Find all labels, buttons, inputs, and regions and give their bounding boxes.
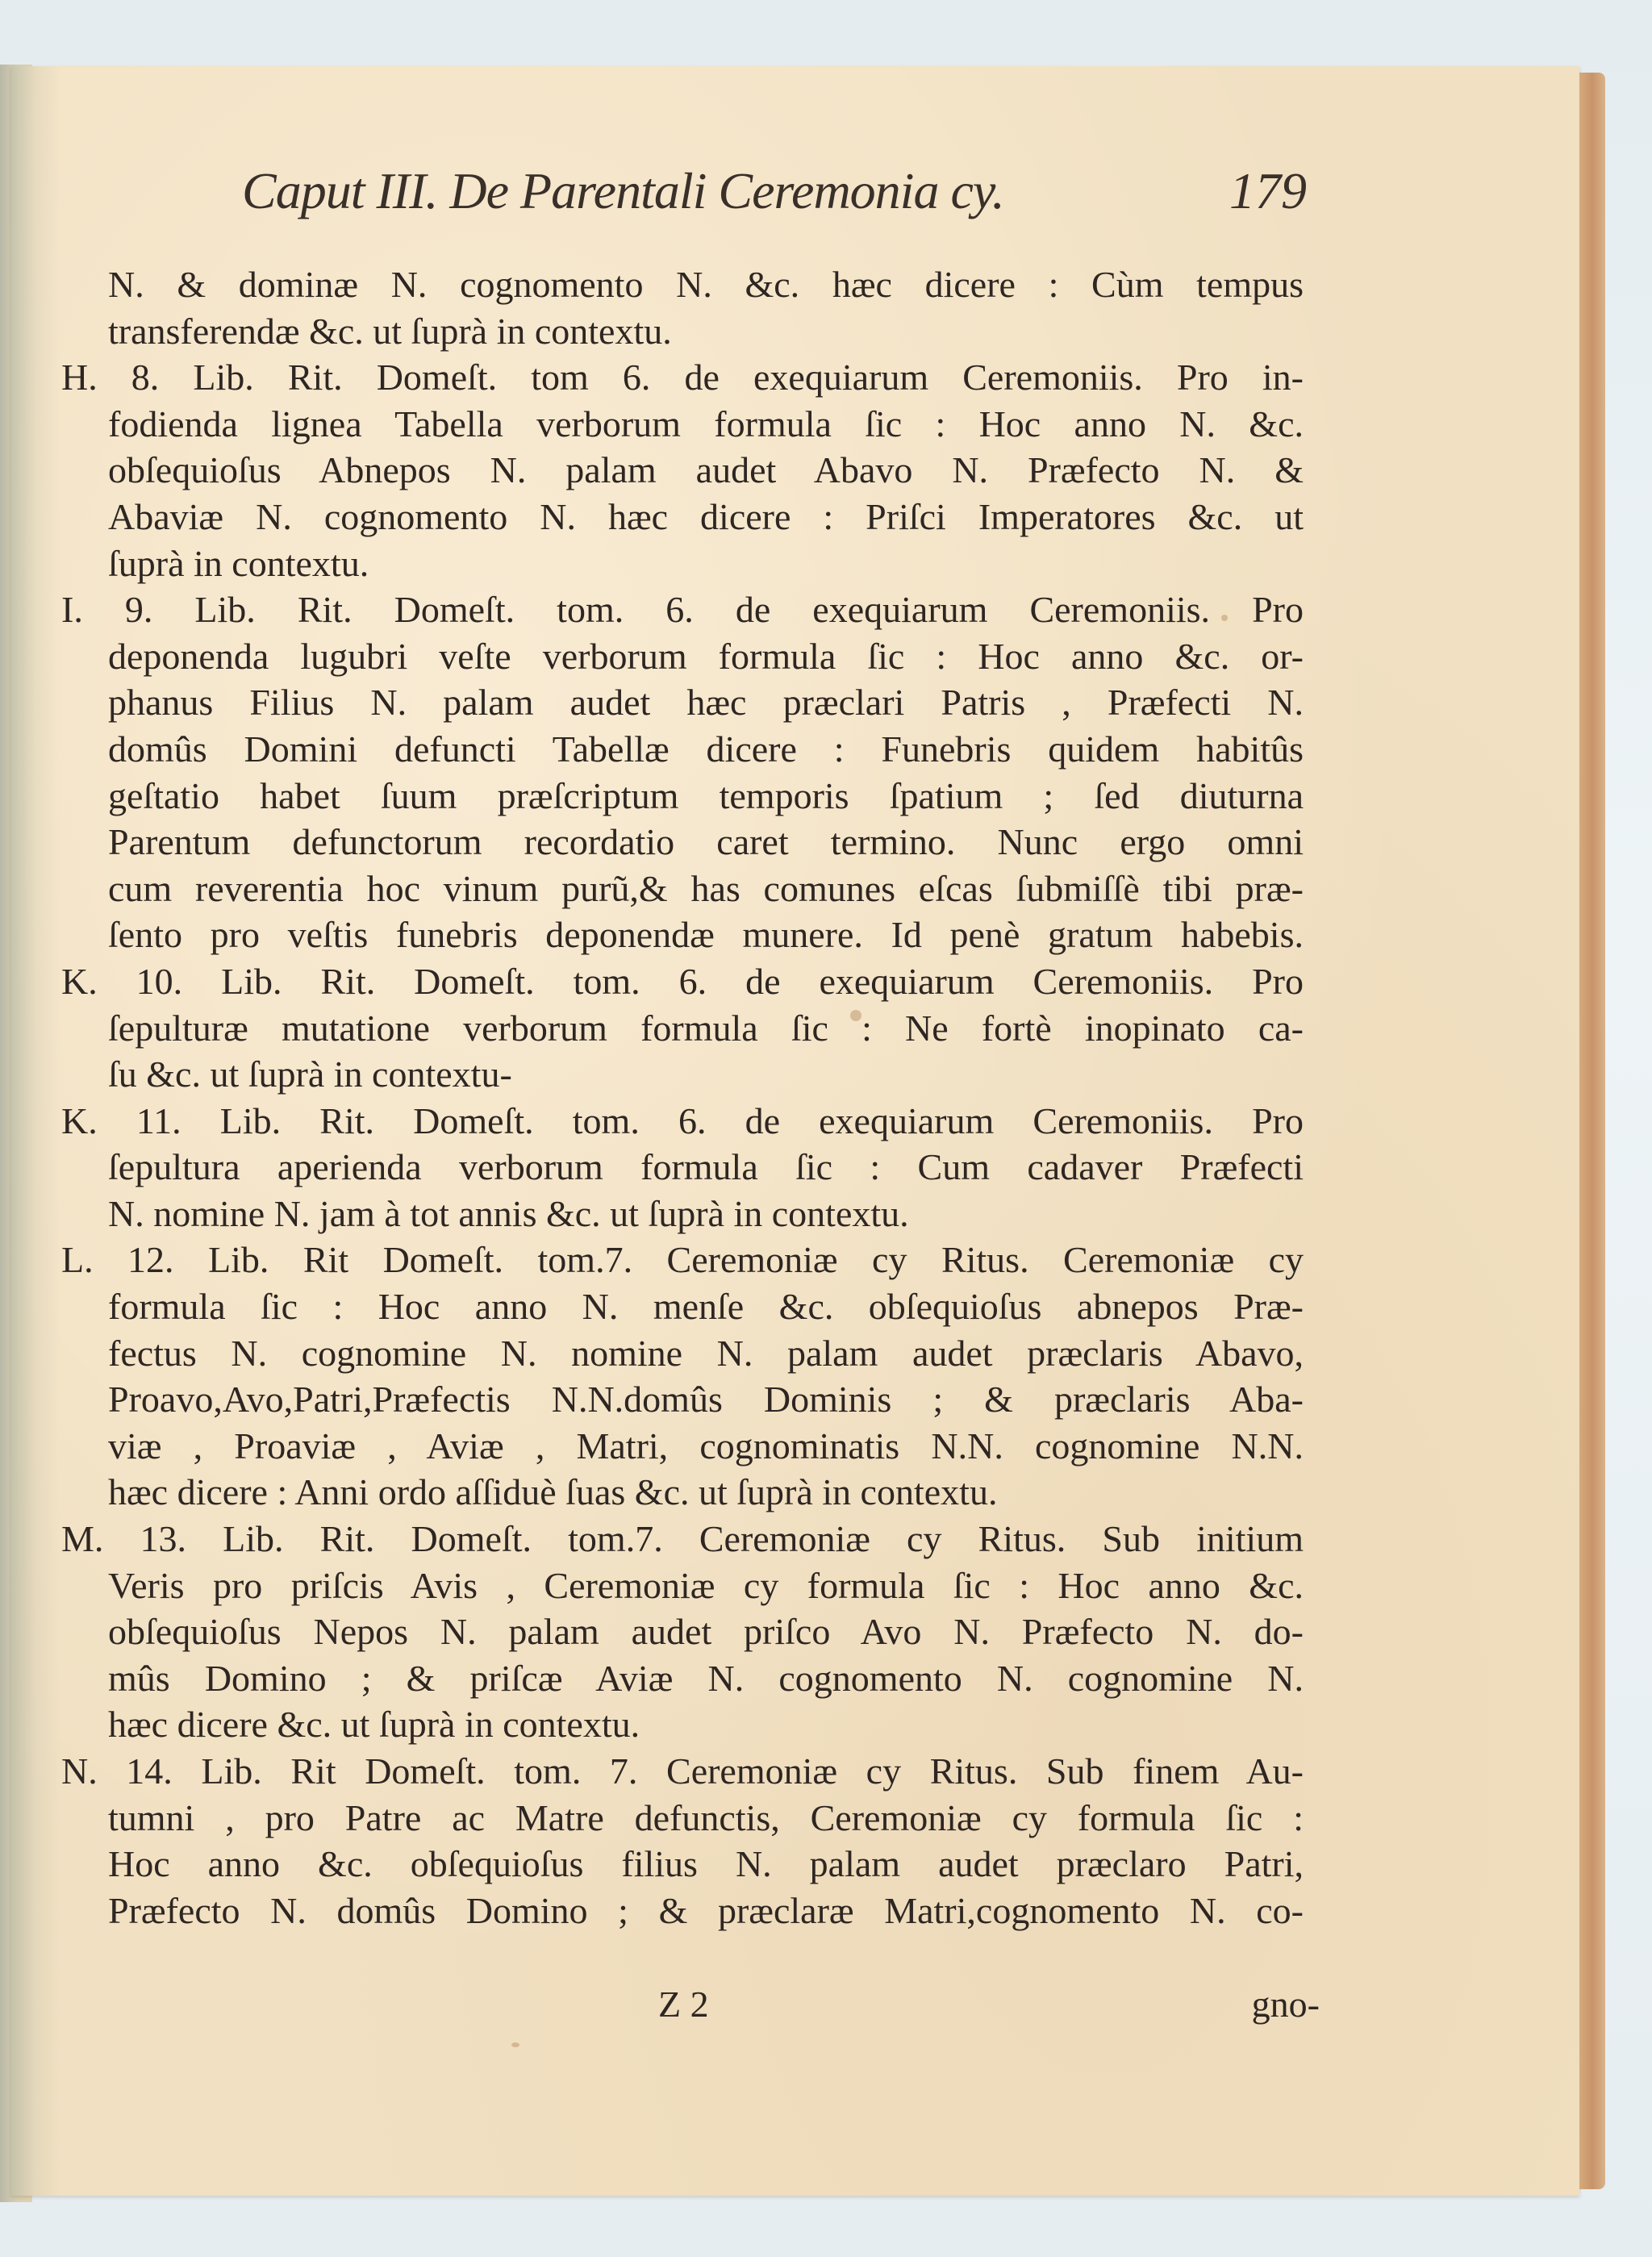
signature-mark: Z 2: [658, 1983, 709, 2025]
text-line: N. & dominæ N. cognomento N. &c. hæc dic…: [61, 261, 1304, 308]
text-line: viæ , Proaviæ , Aviæ , Matri, cognominat…: [61, 1423, 1304, 1470]
foxing-spot: [511, 2042, 519, 2047]
text-line: fectus N. cognomine N. nomine N. palam a…: [61, 1330, 1304, 1377]
text-line: obſequioſus Nepos N. palam audet priſco …: [61, 1608, 1304, 1655]
text-line: tumni , pro Patre ac Matre defunctis, Ce…: [61, 1795, 1304, 1842]
page-gutter: [11, 66, 60, 2196]
text-line: K. 11. Lib. Rit. Domeſt. tom. 6. de exeq…: [61, 1098, 1304, 1145]
text-line: H. 8. Lib. Rit. Domeſt. tom 6. de exequi…: [61, 354, 1304, 401]
text-line: N. nomine N. jam à tot annis &c. ut ſupr…: [61, 1191, 1304, 1237]
page-fore-edge: [1579, 73, 1605, 2189]
text-line: domûs Domini defuncti Tabellæ dicere : F…: [61, 726, 1304, 773]
text-line: Proavo,Avo,Patri,Præfectis N.N.domûs Dom…: [61, 1376, 1304, 1423]
text-line: mûs Domino ; & priſcæ Aviæ N. cognomento…: [61, 1655, 1304, 1702]
text-line: obſequioſus Abnepos N. palam audet Abavo…: [61, 447, 1304, 494]
text-line: I. 9. Lib. Rit. Domeſt. tom. 6. de exequ…: [61, 586, 1304, 633]
text-line: Veris pro priſcis Avis , Ceremoniæ cy fo…: [61, 1562, 1304, 1609]
text-line: K. 10. Lib. Rit. Domeſt. tom. 6. de exeq…: [61, 958, 1304, 1005]
text-line: fodienda lignea Tabella verborum formula…: [61, 401, 1304, 448]
text-line: ſento pro veſtis funebris deponendæ mune…: [61, 912, 1304, 958]
text-line: ſepultura aperienda verborum formula ſic…: [61, 1144, 1304, 1191]
running-head-title: Caput III. De Parentali Ceremonia cy.: [242, 161, 1004, 221]
text-line: hæc dicere &c. ut ſuprà in contextu.: [61, 1701, 1304, 1748]
text-line: L. 12. Lib. Rit Domeſt. tom.7. Ceremoniæ…: [61, 1237, 1304, 1283]
text-line: M. 13. Lib. Rit. Domeſt. tom.7. Ceremoni…: [61, 1516, 1304, 1562]
text-line: ſuprà in contextu.: [61, 540, 1304, 587]
text-line: Parentum defunctorum recordatio caret te…: [61, 819, 1304, 866]
text-line: transferendæ &c. ut ſuprà in contextu.: [61, 308, 1304, 355]
body-text: N. & dominæ N. cognomento N. &c. hæc dic…: [61, 261, 1304, 1934]
catchword: gno-: [1252, 1983, 1320, 2025]
text-line: cum reverentia hoc vinum purũ,& has comu…: [61, 866, 1304, 912]
text-line: ſepulturæ mutatione verborum formula ſic…: [61, 1005, 1304, 1052]
text-line: phanus Filius N. palam audet hæc præclar…: [61, 679, 1304, 726]
text-line: Abaviæ N. cognomento N. hæc dicere : Pri…: [61, 494, 1304, 540]
text-line: geſtatio habet ſuum præſcriptum temporis…: [61, 773, 1304, 820]
text-line: Præfecto N. domûs Domino ; & præclaræ Ma…: [61, 1888, 1304, 1934]
text-line: N. 14. Lib. Rit Domeſt. tom. 7. Ceremoni…: [61, 1748, 1304, 1795]
page-footer: Z 2 gno-: [61, 1983, 1320, 2039]
text-line: hæc dicere : Anni ordo aſſiduè ſuas &c. …: [61, 1469, 1304, 1516]
text-line: ſu &c. ut ſuprà in contextu-: [61, 1051, 1304, 1098]
text-line: deponenda lugubri veſte verborum formula…: [61, 633, 1304, 680]
running-head: Caput III. De Parentali Ceremonia cy. 17…: [242, 161, 1307, 234]
text-line: Hoc anno &c. obſequioſus filius N. palam…: [61, 1841, 1304, 1888]
page-number: 179: [1229, 161, 1307, 221]
text-line: formula ſic : Hoc anno N. menſe &c. obſe…: [61, 1283, 1304, 1330]
